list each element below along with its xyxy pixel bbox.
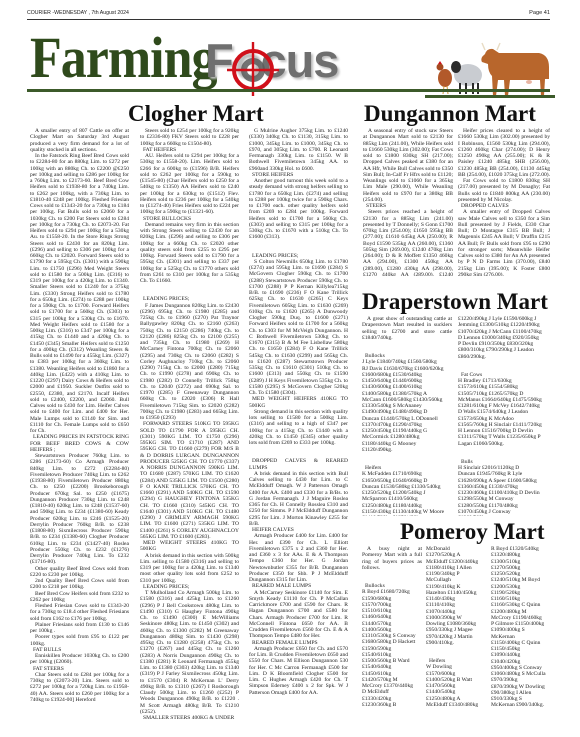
pomeroy-column-1: A busy night at Pomeroy Mart with a full…	[362, 546, 422, 736]
paragraph: Enniskillen Producer 1030kg Ch. to £200 …	[30, 653, 129, 666]
paragraph: Armagh Producer £400 for Lim. £400 for H…	[249, 533, 348, 583]
paragraph: Strong demand in this section with quali…	[249, 409, 348, 447]
subheading: MED WEIGHT HEIFERS 410KG TO 500KG	[249, 396, 348, 409]
draperstown-column-1: A great show of outstanding cattle at Dr…	[362, 316, 452, 516]
paragraph: Poorer types sold from £95 to £122 per 1…	[30, 634, 129, 647]
subheading: FORWARD STEERS 510KG TO 595KG sold to £1…	[140, 421, 239, 540]
price-line: £1311/570kg T Walls £1235/650kg P	[458, 434, 550, 440]
price-line: £870/390kg W Dowling	[491, 684, 550, 690]
price-line: £1628/690kg A Speer £1600/580kg	[458, 478, 550, 484]
subheading: MED WEIGHT STEERS 410KG TO 500KG	[140, 540, 239, 553]
clogher-column-2: Steers sold to £254 per 100kg for a 920k…	[140, 128, 239, 728]
price-line: £1070/420kg J McCann £1100/470kg	[458, 329, 550, 335]
price-line: £1260/560kg.	[458, 515, 550, 516]
paragraph: 2nd Quality Beef Bred Cows sold from £20…	[30, 578, 129, 591]
paragraph: In the Fatstock Ring Beef Bred Cows sold…	[30, 153, 129, 434]
paragraph: A brisk demand in this section with 500k…	[140, 553, 239, 584]
price-line: £1230/360kg B	[362, 702, 422, 708]
spacer	[249, 446, 348, 458]
spacer	[362, 341, 452, 353]
spacer	[458, 447, 550, 459]
paragraph: AU. Heifers sold to £294 per 100kg for a…	[140, 153, 239, 216]
paragraph: A smaller entry of 807 Cattle on offer a…	[30, 128, 129, 153]
paragraph: Beef Bred Cow Heifers sold from £232 to …	[30, 591, 129, 604]
paragraph: Stewartstown Producer 760kg Lim. to £286…	[30, 453, 129, 566]
price-line: McKernan £900/340kg.	[491, 702, 550, 708]
spacer	[140, 284, 239, 296]
clogher-column-3: G Mulrine Augher 375kg Lim. to £1240 (£3…	[249, 128, 348, 728]
paragraph: G Mulrine Augher 375kg Lim. to £1240 (£3…	[249, 128, 348, 172]
spacer	[362, 571, 422, 583]
dungannon-column-2: Heifer prices cleared to a height of £16…	[458, 128, 550, 276]
spacer	[362, 453, 452, 465]
dateline: COURIER -WEDNESDAY , 7th August 2024	[27, 10, 129, 16]
paragraph: Plainer Friesians sold from £130 to £146…	[30, 622, 129, 635]
price-line: £1680/580kg D Hackett	[362, 639, 422, 645]
price-line: Jemming £1300/510kg £1220/490kg	[458, 322, 550, 328]
paragraph: Heifer prices cleared to a height of £16…	[458, 128, 550, 178]
price-line: McElduff £1340/480kg	[426, 702, 486, 708]
draperstown-mart-title: Draperstown Mart	[362, 290, 548, 313]
paragraph: Char Steers sold to £284 per 100kg for a…	[30, 672, 129, 703]
dungannon-column-1: A seasonal entry of stock saw Steers at …	[363, 128, 453, 276]
paragraph: A busy night at Pomeroy Mart with a full…	[362, 546, 422, 571]
paragraph: Steers prices reached a height of £2130 …	[363, 209, 453, 276]
paragraph: F James Dungannon 820kg Lim. to £2430 (£…	[140, 303, 239, 422]
paragraph: A seasonal entry of stock saw Steers at …	[363, 128, 453, 203]
spacer	[249, 241, 348, 253]
subheading: SMALLER STEERS 400KG & UNDER	[140, 715, 239, 721]
paragraph: Demand remains very firm in this section…	[140, 222, 239, 285]
clogher-column-1: A smaller entry of 807 Cattle on offer a…	[30, 128, 129, 708]
paragraph: A brisk demand in this section with Bull…	[249, 471, 348, 527]
spacer	[426, 646, 486, 658]
clogher-mart-title: Clogher Mart	[128, 102, 264, 125]
paragraph: T Mulholland Co Armagh 500kg Lim. to £15…	[140, 590, 239, 715]
pomeroy-column-3: R Boyd £1320/540kg £1320/480kg £1300/510…	[491, 546, 550, 736]
paragraph: Fat Cows sold to £1800 830kg SH (217.00)…	[458, 178, 550, 203]
paragraph: Another good turnout this week sold to a…	[249, 178, 348, 241]
spacer	[458, 360, 550, 372]
pomeroy-mart-title: Pomeroy Mart	[400, 520, 545, 543]
paragraph: A smaller entry of Dropped Calves saw Ma…	[458, 209, 550, 276]
pomeroy-column-2: McDonald £1270/520kg A McElduff £1200/44…	[426, 546, 486, 736]
dungannon-mart-title: Dungannon Mart	[364, 102, 536, 125]
paragraph: Fleshed Friesian Cows sold to £1343-20 f…	[30, 603, 129, 622]
paragraph: Steers sold to £254 per 100kg for a 920k…	[140, 128, 239, 147]
paragraph: A McCarney Seskinore £1140 for Sim. E Sm…	[249, 590, 348, 640]
subheading: DROPPED CALVES & REARED LUMPS	[249, 458, 348, 471]
page-dateline-bar: COURIER -WEDNESDAY , 7th August 2024 Pag…	[27, 9, 550, 20]
paragraph: Armagh Producer £650 for Ch. and £570 fo…	[249, 646, 348, 696]
paragraph: Other quality Beef Bred Cows sold from £…	[30, 566, 129, 579]
price-line: £1410/520kg £1250/490kg	[362, 515, 452, 516]
masthead-farming: Farming	[30, 30, 217, 88]
price-line: McElduff £1200/440kg	[426, 559, 486, 565]
page-number: Page 41	[529, 10, 550, 16]
subheading: LEADING PRICES IN FATSTOCK RING FOR BEEF…	[30, 434, 129, 453]
paragraph: S Colton Newmills 650kg Lim. to £1780 (£…	[249, 259, 348, 397]
draperstown-column-2: £1220/490kg J Lyle £1590/600kg J Jemming…	[458, 316, 550, 516]
masthead-rule	[27, 89, 550, 92]
price-line: RJ Davis £1630/670kg £1600/620kg	[362, 366, 452, 372]
paragraph: A great show of outstanding cattle at Dr…	[362, 316, 452, 341]
